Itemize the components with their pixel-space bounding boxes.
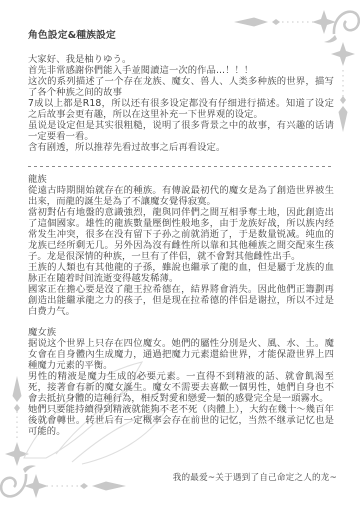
intro-spoiler-note: 含有剧透，所以推荐先看过故事之后再看设定。 — [28, 142, 334, 153]
content-column: 角色設定&種族設定 大家好、我是柚りゆう。 首先非常感謝你們能入手並閱讀這一次的… — [28, 30, 334, 437]
body-paragraph: 國家正在擔心要是沒了龍王拉希德在，結界將會消失。因此他們正籌劃再創造出能繼承龍之… — [28, 284, 334, 317]
body-paragraph: 据说这个世界上只存在四位魔女。她們的屬性分別是火、風、水、土。魔女會在自身體內生… — [28, 338, 334, 371]
body-paragraph: 她們只要能持續得到精液就能夠不老不死（肉體上），大約在幾十～幾百年後就會轉世。转… — [28, 404, 334, 437]
body-paragraph: 從遠古時期開始就存在的種族。有傳說最初代的魔女是為了創造世界被生出來，而龍的誕生… — [28, 185, 334, 207]
settings-page: 角色設定&種族設定 大家好、我是柚りゆう。 首先非常感謝你們能入手並閱讀這一次的… — [0, 0, 360, 508]
body-paragraph: 當初對佔有地盤的意識強烈，龍與同伴們之間互相爭奪土地，因此創造出了這個國家。雄性… — [28, 207, 334, 262]
section-spacer — [28, 317, 334, 327]
intro-greeting: 大家好、我是柚りゆう。 — [28, 54, 334, 65]
intro-thanks: 首先非常感謝你們能入手並閱讀這一次的作品...！！！ — [28, 65, 334, 76]
section-heading-dragon: 龍族 — [28, 174, 334, 185]
body-paragraph: 王族的人類也有其他龍的子孫，雖說也繼承了龍的血，但是屬于龙族的血脉正在随着时间流… — [28, 262, 334, 284]
section-dragon-race: 龍族 從遠古時期開始就存在的種族。有傳說最初代的魔女是為了創造世界被生出來，而龍… — [28, 174, 334, 317]
section-witch-race: 魔女族 据说这个世界上只存在四位魔女。她們的屬性分別是火、風、水、土。魔女會在自… — [28, 327, 334, 437]
page-title: 角色設定&種族設定 — [28, 30, 334, 41]
intro-r18-note: 7成以上都是R18，所以还有很多设定都没有仔细进行描述。知道了设定之后故事会更有… — [28, 98, 334, 120]
section-heading-witch: 魔女族 — [28, 327, 334, 338]
intro-rough-note: 虽说是设定但是其实很粗糙，说明了很多背景之中的故事，有兴趣的话请一定要看一看。 — [28, 120, 334, 142]
body-paragraph: 男性的精液是魔力生成的必要元素。一直得不到精液的話、就會飢渴至死，接著會有新的魔… — [28, 371, 334, 404]
dashed-separator — [28, 166, 334, 167]
footer-story-title: 我的最爱~关于遇到了自己命定之人的龙~ — [173, 473, 337, 484]
intro-series-description: 这次的系列描述了一个存在龙族、魔女、兽人、人类多种族的世界，描写了各个种族之间的… — [28, 76, 334, 98]
